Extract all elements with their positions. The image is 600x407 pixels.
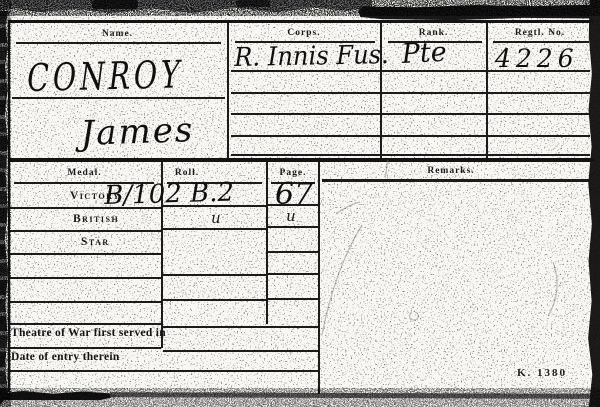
rule-line bbox=[231, 92, 590, 94]
divider-name-corps bbox=[227, 23, 229, 158]
rule-line bbox=[163, 326, 318, 328]
scan-top-noise-blob bbox=[92, 0, 138, 9]
roll-header: Roll. bbox=[160, 168, 214, 178]
rule-line bbox=[8, 347, 161, 349]
name-header: Name. bbox=[8, 29, 227, 39]
scan-top-noise-blob bbox=[236, 0, 270, 7]
rule-line bbox=[231, 154, 590, 156]
rank-handwritten: Pte bbox=[401, 39, 447, 68]
date-of-entry-label: Date of entry therein bbox=[11, 351, 120, 363]
rule-line bbox=[8, 370, 318, 372]
rule-line bbox=[493, 41, 589, 43]
theatre-of-war-label: Theatre of War first served in bbox=[11, 327, 166, 339]
rule-line bbox=[231, 113, 590, 115]
remarks-faint-pencil-marks bbox=[322, 160, 557, 335]
scan-left-edge-band bbox=[0, 11, 8, 407]
rule-line bbox=[163, 299, 266, 301]
rule-line bbox=[322, 179, 589, 182]
scan-top-right-black-bar bbox=[358, 4, 594, 21]
divider-page-remarks bbox=[318, 162, 320, 394]
rule-line bbox=[8, 253, 161, 255]
form-number: K. 1380 bbox=[517, 367, 567, 379]
forename-handwritten: James bbox=[80, 113, 195, 151]
scan-right-edge-bar bbox=[586, 0, 600, 407]
rule-line bbox=[8, 230, 161, 232]
corps-header: Corps. bbox=[228, 28, 380, 38]
card-top-border bbox=[8, 20, 593, 23]
section-divider bbox=[8, 158, 594, 162]
rule-line bbox=[268, 226, 318, 228]
rule-line bbox=[268, 298, 318, 300]
medal-index-card-scan: Name. Corps. Rank. Regtl. No. Medal. Rol… bbox=[0, 0, 600, 407]
remarks-header: Remarks. bbox=[320, 166, 582, 176]
regtl-no-header: Regtl. No. bbox=[488, 28, 592, 38]
corps-handwritten: R. Innis Fus. bbox=[234, 42, 389, 71]
rule-line bbox=[163, 228, 266, 230]
victory-roll-handwritten: B/102 B.2 bbox=[104, 180, 234, 209]
medal-row-star-label: Star bbox=[81, 236, 110, 248]
british-page-ditto-mark: u bbox=[286, 209, 296, 224]
medal-header: Medal. bbox=[8, 168, 161, 178]
rule-line bbox=[268, 273, 318, 275]
rule-line bbox=[163, 350, 318, 352]
surname-handwritten: CONROY bbox=[27, 55, 184, 97]
rule-line bbox=[8, 301, 161, 303]
rule-line bbox=[8, 277, 161, 279]
scan-top-noise-band bbox=[0, 0, 372, 13]
regtl-no-handwritten: 4226 bbox=[495, 46, 579, 71]
rule-line bbox=[16, 42, 221, 44]
divider-rank-regtl bbox=[486, 23, 488, 158]
british-roll-ditto-mark: u bbox=[211, 211, 221, 226]
scan-bottom-gray-band bbox=[110, 392, 590, 399]
victory-page-handwritten: 67 bbox=[275, 180, 313, 210]
rule-line bbox=[163, 274, 266, 276]
rule-line bbox=[8, 323, 161, 325]
rule-line bbox=[268, 251, 318, 253]
medal-row-british-label: British bbox=[73, 213, 119, 225]
rule-line bbox=[231, 135, 590, 137]
scan-bottom-black-band bbox=[0, 391, 118, 400]
